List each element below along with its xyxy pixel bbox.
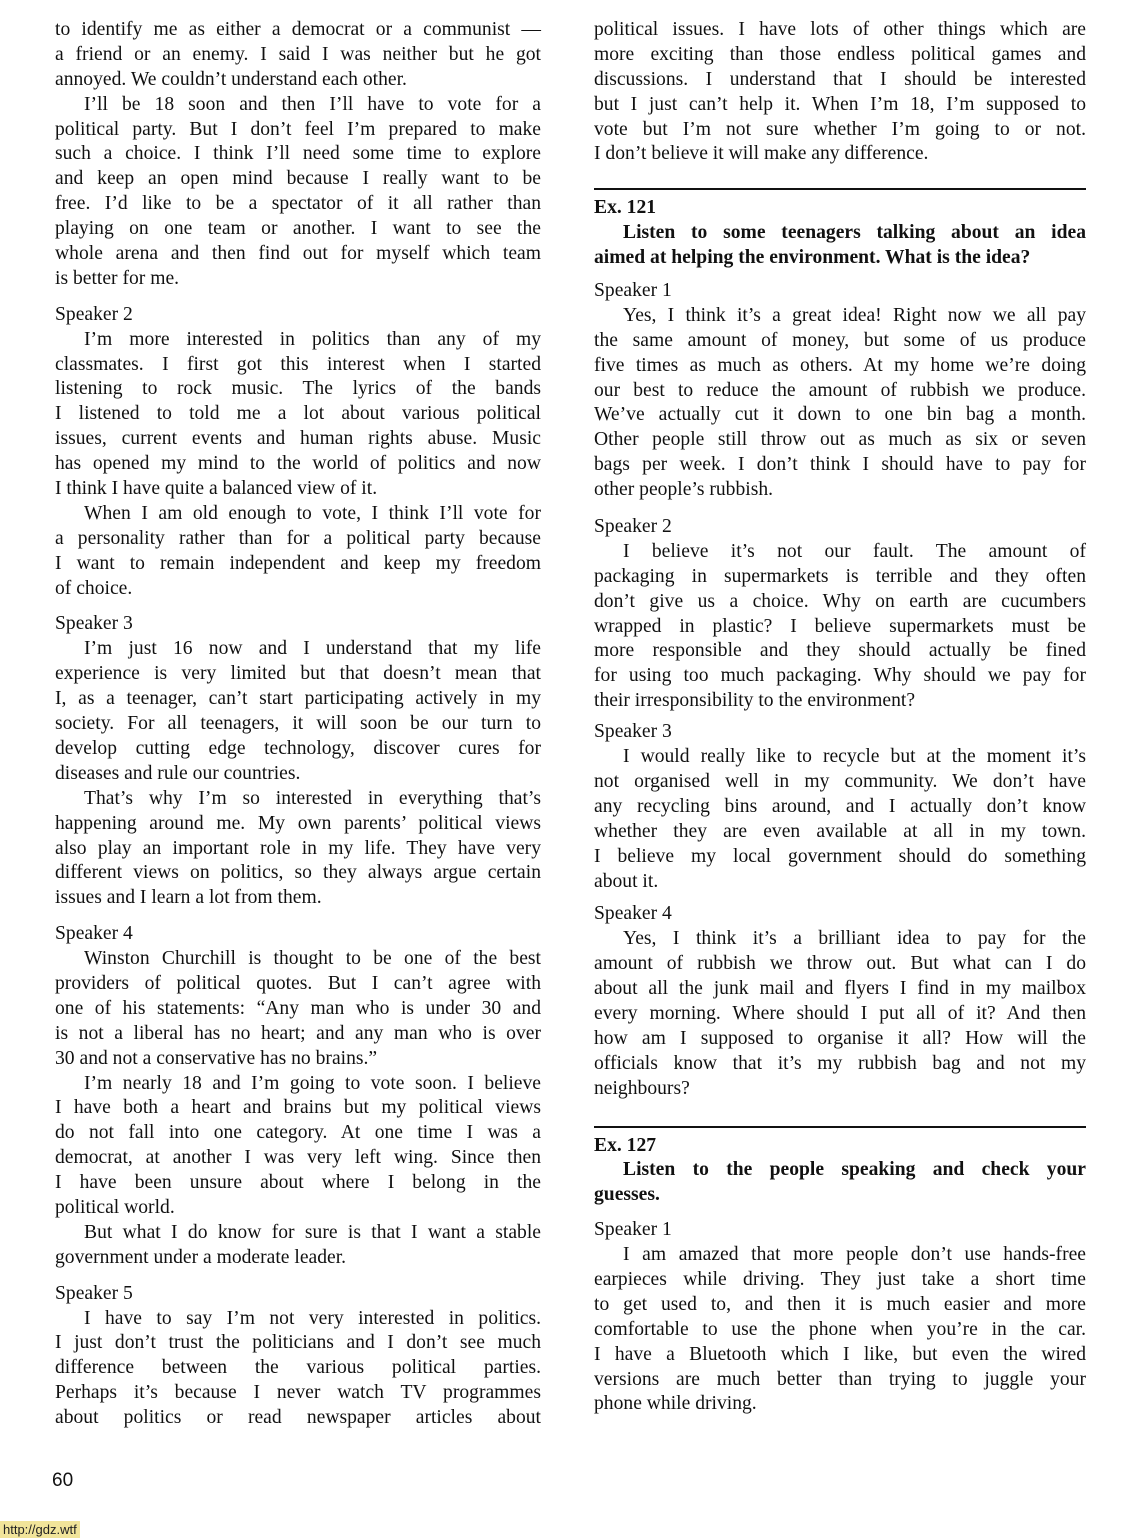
ex121-speaker4-paragraph: Yes, I think it’s a brilliant idea to pa… bbox=[594, 927, 1086, 1101]
exercise-title: Ex. 121 bbox=[594, 196, 1086, 221]
text-line: classmates. I first got this interest wh… bbox=[55, 353, 541, 378]
text-line: diseases and rule our countries. bbox=[55, 762, 541, 787]
text-line: Other people still throw out as much as … bbox=[594, 428, 1086, 453]
text-line: such a choice. I think I’ll need some ti… bbox=[55, 142, 541, 167]
text-line: any recycling bins around, and I actuall… bbox=[594, 795, 1086, 820]
text-line: I’ll be 18 soon and then I’ll have to vo… bbox=[55, 93, 541, 118]
speaker2-paragraph-2: When I am old enough to vote, I think I’… bbox=[55, 502, 541, 602]
exercise-instruction: Listen to the people speaking and check … bbox=[594, 1158, 1086, 1208]
text-line: amount of rubbish we throw out. But what… bbox=[594, 952, 1086, 977]
text-line: But what I do know for sure is that I wa… bbox=[55, 1221, 541, 1246]
text-line: I think I have quite a balanced view of … bbox=[55, 477, 541, 502]
text-line: annoyed. We couldn’t understand each oth… bbox=[55, 68, 541, 93]
speaker3-paragraph-1: I’m just 16 now and I understand that my… bbox=[55, 637, 541, 786]
text-line: the same amount of money, but some of us… bbox=[594, 329, 1086, 354]
text-line: 30 and not a conservative has no brains.… bbox=[55, 1047, 541, 1072]
text-line: I have both a heart and brains but my po… bbox=[55, 1096, 541, 1121]
speaker4-paragraph-3: But what I do know for sure is that I wa… bbox=[55, 1221, 541, 1271]
text-line: every morning. Where should I put all of… bbox=[594, 1002, 1086, 1027]
text-line: I have to say I’m not very interested in… bbox=[55, 1307, 541, 1332]
text-line: guesses. bbox=[594, 1183, 1086, 1208]
text-line: Winston Churchill is thought to be one o… bbox=[55, 947, 541, 972]
text-line: their irresponsibility to the environmen… bbox=[594, 689, 1086, 714]
text-line: versions are much better than trying to … bbox=[594, 1368, 1086, 1393]
speaker4-paragraph-1: Winston Churchill is thought to be one o… bbox=[55, 947, 541, 1071]
text-line: aimed at helping the environment. What i… bbox=[594, 246, 1086, 271]
ex121-speaker2-paragraph: I believe it’s not our fault. The amount… bbox=[594, 540, 1086, 714]
text-line: I would really like to recycle but at th… bbox=[594, 745, 1086, 770]
speaker-label: Speaker 1 bbox=[594, 1218, 1086, 1243]
text-line: government under a moderate leader. bbox=[55, 1246, 541, 1271]
text-line: Listen to the people speaking and check … bbox=[594, 1158, 1086, 1183]
text-line: Listen to some teenagers talking about a… bbox=[594, 221, 1086, 246]
text-line: for using too much packaging. Why should… bbox=[594, 664, 1086, 689]
speaker-label: Speaker 3 bbox=[594, 720, 1086, 745]
text-line: to identify me as either a democrat or a… bbox=[55, 18, 541, 43]
text-line: about politics or read newspaper article… bbox=[55, 1406, 541, 1431]
speaker-label: Speaker 2 bbox=[55, 303, 541, 328]
text-line: happening around me. My own parents’ pol… bbox=[55, 812, 541, 837]
right-column: political issues. I have lots of other t… bbox=[594, 18, 1086, 1417]
speaker-label: Speaker 4 bbox=[55, 922, 541, 947]
text-line: Yes, I think it’s a great idea! Right no… bbox=[594, 304, 1086, 329]
speaker-label: Speaker 2 bbox=[594, 515, 1086, 540]
text-line: issues, current events and human rights … bbox=[55, 427, 541, 452]
text-line: wrapped in plastic? I believe supermarke… bbox=[594, 615, 1086, 640]
text-line: of choice. bbox=[55, 577, 541, 602]
text-line: more exciting than those endless politic… bbox=[594, 43, 1086, 68]
text-line: vote but I’m not sure whether I’m going … bbox=[594, 118, 1086, 143]
text-line: That’s why I’m so interested in everythi… bbox=[55, 787, 541, 812]
text-line: our best to reduce the amount of rubbish… bbox=[594, 379, 1086, 404]
page-number: 60 bbox=[52, 1470, 73, 1492]
text-line: We’ve actually cut it down to one bin ba… bbox=[594, 403, 1086, 428]
text-line: I have a Bluetooth which I like, but eve… bbox=[594, 1343, 1086, 1368]
text-line: different views on politics, so they alw… bbox=[55, 861, 541, 886]
text-line: has opened my mind to the world of polit… bbox=[55, 452, 541, 477]
ex121-speaker1-paragraph: Yes, I think it’s a great idea! Right no… bbox=[594, 304, 1086, 503]
exercise-instruction: Listen to some teenagers talking about a… bbox=[594, 221, 1086, 271]
text-line: bags per week. I don’t think I should ha… bbox=[594, 453, 1086, 478]
text-line: Perhaps it’s because I never watch TV pr… bbox=[55, 1381, 541, 1406]
text-line: political party. But I don’t feel I’m pr… bbox=[55, 118, 541, 143]
text-line: democrat, at another I was very left win… bbox=[55, 1146, 541, 1171]
text-line: and keep an open mind because I really w… bbox=[55, 167, 541, 192]
text-line: experience is very limited but that does… bbox=[55, 662, 541, 687]
text-line: political issues. I have lots of other t… bbox=[594, 18, 1086, 43]
speaker-label: Speaker 3 bbox=[55, 612, 541, 637]
text-line: about all the junk mail and flyers I fin… bbox=[594, 977, 1086, 1002]
continuation-paragraph: political issues. I have lots of other t… bbox=[594, 18, 1086, 167]
text-line: about it. bbox=[594, 870, 1086, 895]
speaker-label: Speaker 4 bbox=[594, 902, 1086, 927]
intro-paragraph-2: I’ll be 18 soon and then I’ll have to vo… bbox=[55, 93, 541, 292]
text-line: I want to remain independent and keep my… bbox=[55, 552, 541, 577]
text-line: five times as much as others. At my home… bbox=[594, 354, 1086, 379]
text-line: a friend or an enemy. I said I was neith… bbox=[55, 43, 541, 68]
text-line: free. I’d like to be a spectator of it a… bbox=[55, 192, 541, 217]
watermark-link[interactable]: http://gdz.wtf bbox=[0, 1521, 80, 1538]
text-line: neighbours? bbox=[594, 1077, 1086, 1102]
text-line: one of his statements: “Any man who is u… bbox=[55, 997, 541, 1022]
section-divider bbox=[594, 1126, 1086, 1128]
text-line: packaging in supermarkets is terrible an… bbox=[594, 565, 1086, 590]
text-line: but I just can’t help it. When I’m 18, I… bbox=[594, 93, 1086, 118]
speaker-label: Speaker 1 bbox=[594, 279, 1086, 304]
exercise-title: Ex. 127 bbox=[594, 1134, 1086, 1159]
text-line: do not fall into one category. At one ti… bbox=[55, 1121, 541, 1146]
text-line: to get used to, and then it is much easi… bbox=[594, 1293, 1086, 1318]
text-line: I’m just 16 now and I understand that my… bbox=[55, 637, 541, 662]
text-line: Yes, I think it’s a brilliant idea to pa… bbox=[594, 927, 1086, 952]
text-line: earpieces while driving. They just take … bbox=[594, 1268, 1086, 1293]
text-line: issues and I learn a lot from them. bbox=[55, 886, 541, 911]
text-line: listening to rock music. The lyrics of t… bbox=[55, 377, 541, 402]
text-line: I am amazed that more people don’t use h… bbox=[594, 1243, 1086, 1268]
text-line: society. For all teenagers, it will soon… bbox=[55, 712, 541, 737]
text-line: not organised well in my community. We d… bbox=[594, 770, 1086, 795]
text-line: officials know that it’s my rubbish bag … bbox=[594, 1052, 1086, 1077]
text-line: more responsible and they should actuall… bbox=[594, 639, 1086, 664]
text-line: I have been unsure about where I belong … bbox=[55, 1171, 541, 1196]
text-line: political world. bbox=[55, 1196, 541, 1221]
text-line: providers of political quotes. But I can… bbox=[55, 972, 541, 997]
text-line: When I am old enough to vote, I think I’… bbox=[55, 502, 541, 527]
section-divider bbox=[594, 188, 1086, 190]
text-line: whole arena and then find out for myself… bbox=[55, 242, 541, 267]
text-line: I just don’t trust the politicians and I… bbox=[55, 1331, 541, 1356]
left-column: to identify me as either a democrat or a… bbox=[55, 18, 541, 1431]
text-line: how am I supposed to organise it all? Ho… bbox=[594, 1027, 1086, 1052]
text-line: I believe it’s not our fault. The amount… bbox=[594, 540, 1086, 565]
text-line: difference between the various political… bbox=[55, 1356, 541, 1381]
speaker3-paragraph-2: That’s why I’m so interested in everythi… bbox=[55, 787, 541, 911]
text-line: is not a liberal has no heart; and any m… bbox=[55, 1022, 541, 1047]
text-line: playing on one team or another. I want t… bbox=[55, 217, 541, 242]
ex121-speaker3-paragraph: I would really like to recycle but at th… bbox=[594, 745, 1086, 894]
text-line: I believe my local government should do … bbox=[594, 845, 1086, 870]
text-line: also play an important role in my life. … bbox=[55, 837, 541, 862]
speaker4-paragraph-2: I’m nearly 18 and I’m going to vote soon… bbox=[55, 1072, 541, 1221]
text-line: phone while driving. bbox=[594, 1392, 1086, 1417]
text-line: develop cutting edge technology, discove… bbox=[55, 737, 541, 762]
text-line: a personality rather than for a politica… bbox=[55, 527, 541, 552]
ex127-speaker1-paragraph: I am amazed that more people don’t use h… bbox=[594, 1243, 1086, 1417]
text-line: I listened to told me a lot about variou… bbox=[55, 402, 541, 427]
text-line: is better for me. bbox=[55, 267, 541, 292]
text-line: don’t give us a choice. Why on earth are… bbox=[594, 590, 1086, 615]
text-line: I, as a teenager, can’t start participat… bbox=[55, 687, 541, 712]
speaker-label: Speaker 5 bbox=[55, 1282, 541, 1307]
intro-paragraph-1: to identify me as either a democrat or a… bbox=[55, 18, 541, 93]
text-line: other people’s rubbish. bbox=[594, 478, 1086, 503]
text-line: I’m more interested in politics than any… bbox=[55, 328, 541, 353]
speaker2-paragraph-1: I’m more interested in politics than any… bbox=[55, 328, 541, 502]
speaker5-paragraph-1: I have to say I’m not very interested in… bbox=[55, 1307, 541, 1431]
text-line: I’m nearly 18 and I’m going to vote soon… bbox=[55, 1072, 541, 1097]
text-line: I don’t believe it will make any differe… bbox=[594, 142, 1086, 167]
text-line: discussions. I understand that I should … bbox=[594, 68, 1086, 93]
text-line: comfortable to use the phone when you’re… bbox=[594, 1318, 1086, 1343]
text-line: whether they are even available at all i… bbox=[594, 820, 1086, 845]
